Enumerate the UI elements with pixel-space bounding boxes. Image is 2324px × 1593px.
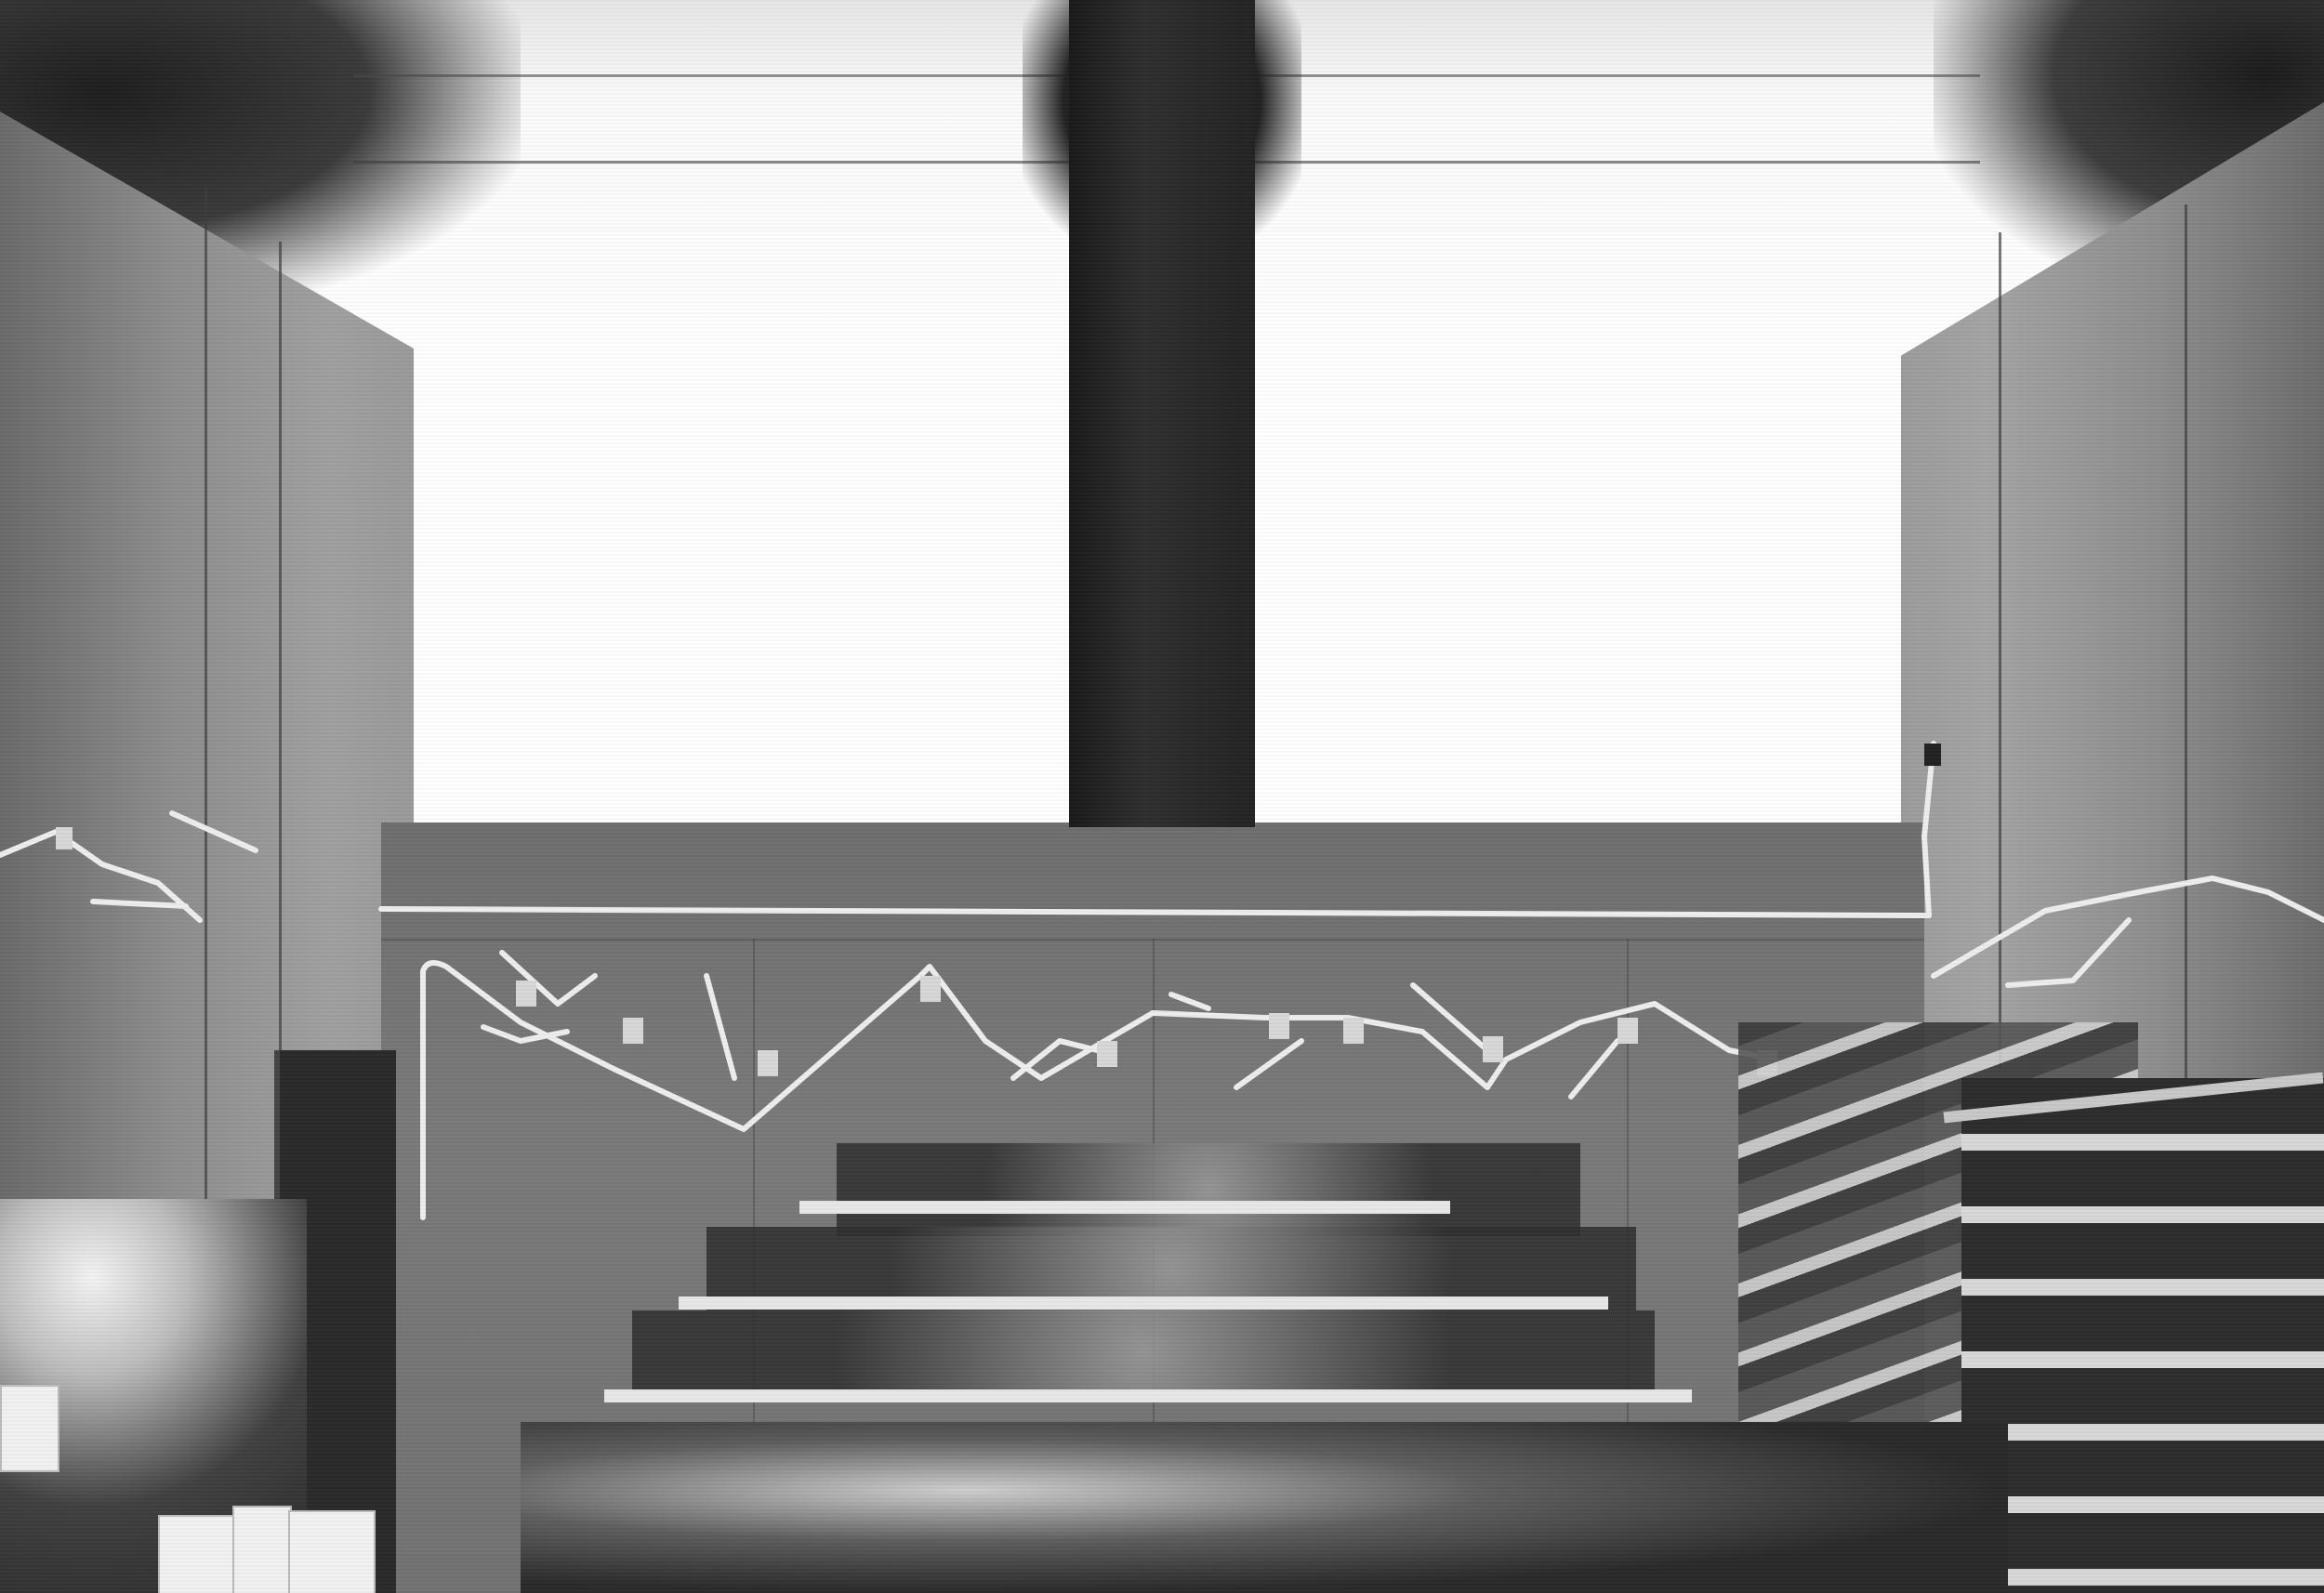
flower-pot	[0, 1385, 59, 1472]
flower-pot	[158, 1515, 236, 1593]
flower-pot	[288, 1510, 376, 1593]
tray-rack	[1961, 1078, 2324, 1593]
shelf-bottom	[604, 1389, 1692, 1402]
flower-pot	[232, 1506, 292, 1593]
floor-plants	[521, 1422, 2008, 1593]
shelf-plants-bottom	[632, 1310, 1655, 1394]
shelf-top	[799, 1201, 1450, 1214]
shelf-plants-top	[837, 1143, 1580, 1236]
shelf-middle	[679, 1297, 1608, 1310]
photograph	[0, 0, 2324, 1593]
